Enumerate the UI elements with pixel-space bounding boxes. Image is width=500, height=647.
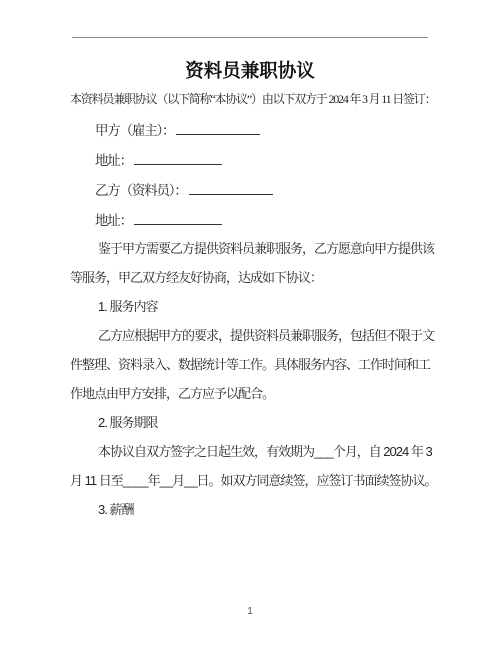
body-text-line: 鉴于甲方需要乙方提供资料员兼职服务，乙方愿意向甲方提供该: [98, 240, 434, 257]
party-a-label: 甲方（雇主）：: [95, 123, 174, 138]
body-text-line: 作地点由甲方安排，乙方应予以配合。: [70, 385, 274, 402]
party-b-address-label: 地址：: [95, 213, 132, 228]
party-b-address-blank-field: [134, 211, 222, 225]
party-a-blank-field: [176, 121, 260, 135]
party-a-address-line: 地址：: [95, 151, 222, 170]
header-divider: [72, 37, 428, 38]
body-text-line: 等服务，甲乙双方经友好协商，达成如下协议：: [70, 269, 322, 286]
section-heading-service-term: 2. 服务期限: [98, 414, 157, 431]
page-number: 1: [0, 606, 500, 618]
party-a-address-blank-field: [134, 151, 222, 165]
party-b-address-line: 地址：: [95, 211, 222, 230]
section-heading-service-content: 1. 服务内容: [98, 298, 157, 315]
body-text-line: 本协议自双方签字之日起生效，有效期为___个月，自 2024 年 3: [98, 443, 432, 460]
document-title: 资料员兼职协议: [0, 58, 500, 84]
body-text-line: 月 11 日至____年__月__日。如双方同意续签，应签订书面续签协议。: [70, 472, 437, 489]
party-b-blank-field: [189, 181, 273, 195]
document-page: 资料员兼职协议 本资料员兼职协议（以下简称“本协议”）由以下双方于 2024 年…: [0, 0, 500, 647]
party-a-address-label: 地址：: [95, 153, 132, 168]
section-heading-salary: 3. 薪酬: [98, 501, 133, 518]
party-b-line: 乙方（资料员）：: [95, 181, 273, 200]
party-a-line: 甲方（雇主）：: [95, 121, 260, 140]
body-text-line: 件整理、资料录入、数据统计等工作。具体服务内容、工作时间和工: [70, 356, 430, 373]
body-text-line: 乙方应根据甲方的要求，提供资料员兼职服务，包括但不限于文: [98, 327, 434, 344]
party-b-label: 乙方（资料员）：: [95, 183, 187, 198]
intro-paragraph: 本资料员兼职协议（以下简称“本协议”）由以下双方于 2024 年 3 月 11 …: [70, 91, 435, 107]
